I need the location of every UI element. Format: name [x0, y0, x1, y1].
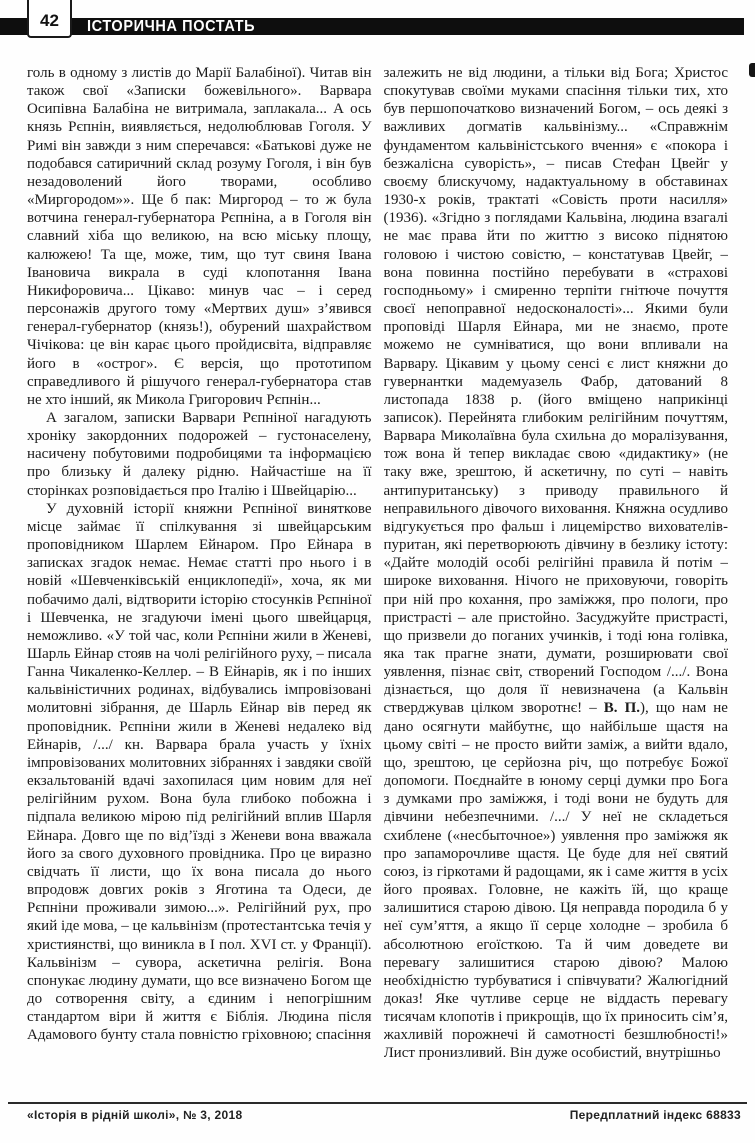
paragraph-text: ), що нам не дано осягнути майбутнє, що …	[384, 700, 729, 1061]
left-text-column: голь в одному з листів до Марії Балабіно…	[27, 64, 372, 1096]
section-title: ІСТОРИЧНА ПОСТАТЬ	[87, 18, 255, 36]
page-footer: «Історія в рідній школі», № 3, 2018 Пере…	[8, 1102, 747, 1122]
paragraph: голь в одному з листів до Марії Балабіно…	[27, 64, 372, 409]
subscription-index-label: Передплатний індекс 68833	[570, 1108, 741, 1122]
paragraph-text: залежить не від людини, а тільки від Бог…	[384, 65, 729, 716]
page-number: 42	[40, 5, 59, 31]
journal-issue-label: «Історія в рідній школі», № 3, 2018	[27, 1108, 242, 1122]
author-initials-bold: В. П.	[604, 700, 640, 716]
paragraph-text: голь в одному з листів до Марії Балабіно…	[27, 65, 372, 408]
right-text-column: залежить не від людини, а тільки від Бог…	[384, 64, 729, 1096]
paragraph: А загалом, записки Варвари Рєпніної нага…	[27, 409, 372, 500]
page-edge-crop-mark	[749, 63, 755, 77]
paragraph: залежить не від людини, а тільки від Бог…	[384, 64, 729, 1063]
page-number-box: 42	[27, 0, 72, 38]
article-body: голь в одному з листів до Марії Балабіно…	[27, 64, 728, 1096]
paragraph-text: А загалом, записки Варвари Рєпніної нага…	[27, 410, 372, 499]
paragraph: У духовній історії княжни Рєпніної винят…	[27, 500, 372, 1045]
magazine-page: 42 ІСТОРИЧНА ПОСТАТЬ голь в одному з лис…	[0, 0, 755, 1143]
paragraph-text: У духовній історії княжни Рєпніної винят…	[27, 501, 372, 1044]
